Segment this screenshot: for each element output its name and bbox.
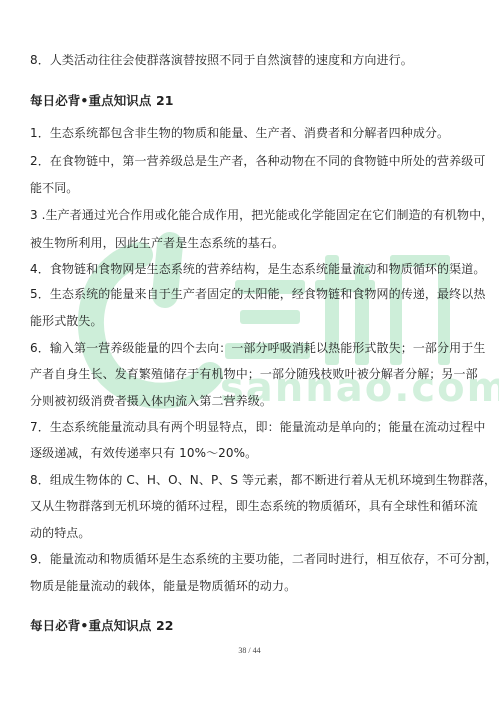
page-indicator: 38 / 44 [0,646,499,655]
section-heading: 每日必背•重点知识点 21 [30,94,174,108]
list-item: 3 .生产者通过光合作用或化能合成作用，把光能或化学能固定在它们制造的有机物中， [30,208,493,222]
list-item: 能不同。 [30,181,78,195]
list-item: 动的特点。 [30,526,91,540]
list-item: 物质是能量流动的载体，能量是物质循环的动力。 [30,579,296,593]
list-item: 逐级递减，有效传递率只有 10%～20%。 [30,446,257,460]
section-heading: 每日必背•重点知识点 22 [30,619,174,633]
list-item: 2．在食物链中，第一营养级总是生产者，各种动物在不同的食物链中所处的营养级可 [30,154,485,168]
sannao-watermark: sannao.com [70,225,470,415]
list-item: 产者自身生长、发育繁殖储存于有机物中；一部分随残枝败叶被分解者分解；另一部 [30,367,478,381]
list-item: 被生物所利用，因此生产者是生态系统的基石。 [30,236,284,250]
list-item: 6．输入第一营养级能量的四个去向：一部分呼吸消耗以热能形式散失；一部分用于生 [30,341,485,355]
list-item: 9．能量流动和物质循环是生态系统的主要功能，二者同时进行，相互依存，不可分割， [30,552,498,566]
list-item: 4．食物链和食物网是生态系统的营养结构，是生态系统能量流动和物质循环的渠道。 [30,262,485,276]
list-item: 能形式散失。 [30,314,103,328]
sannao-logo-icon [70,225,470,415]
list-item: 5．生态系统的能量来自于生产者固定的太阳能，经食物链和食物网的传递，最终以热 [30,287,485,301]
list-item: 分则被初级消费者摄入体内流入第二营养级。 [30,394,272,408]
list-item: 7．生态系统能量流动具有两个明显特点，即：能量流动是单向的；能量在流动过程中 [30,420,485,434]
list-item: 8．组成生物体的 C、H、O、N、P、S 等元素，都不断进行着从无机环境到生物群… [30,473,496,487]
list-item: 又从生物群落到无机环境的循环过程，即生态系统的物质循环，具有全球性和循环流 [30,499,478,513]
list-item: 8．人类活动往往会使群落演替按照不同于自然演替的速度和方向进行。 [30,53,413,67]
list-item: 1．生态系统都包含非生物的物质和能量、生产者、消费者和分解者四种成分。 [30,126,449,140]
